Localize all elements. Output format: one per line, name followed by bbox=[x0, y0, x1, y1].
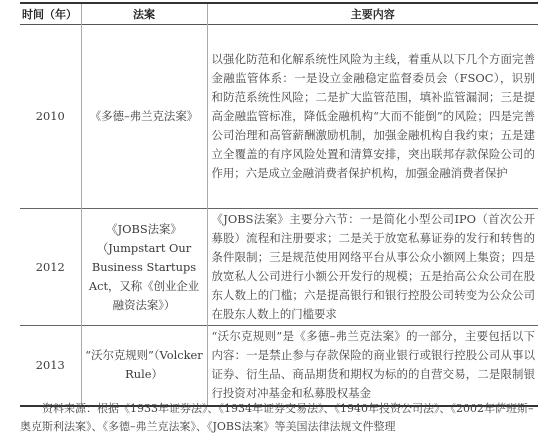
table-row: 2013 “沃尔克规则”（Volcker Rule） “沃尔克规则”是《多德–弗… bbox=[20, 326, 538, 406]
cell-act: 《JOBS法案》（Jumpstart Our Business Startups… bbox=[81, 209, 207, 326]
table-row: 2012 《JOBS法案》（Jumpstart Our Business Sta… bbox=[20, 209, 538, 326]
table-row: 2010 《多德–弗兰克法案》 以强化防范和化解系统性风险为主线，着重从以下几个… bbox=[20, 25, 538, 209]
us-financial-law-table: 时间（年） 法案 主要内容 2010 《多德–弗兰克法案》 以强化防范和化解系统… bbox=[20, 2, 538, 407]
cell-content: 以强化防范和化解系统性风险为主线，着重从以下几个方面完善金融监管体系：一是设立金… bbox=[207, 25, 538, 209]
header-content: 主要内容 bbox=[207, 3, 538, 25]
cell-year: 2012 bbox=[20, 209, 81, 326]
cell-year: 2010 bbox=[20, 25, 81, 209]
cell-year: 2013 bbox=[20, 326, 81, 406]
cell-content: “沃尔克规则”是《多德–弗兰克法案》的一部分，主要包括以下内容：一是禁止参与存款… bbox=[207, 326, 538, 406]
source-note: 资料来源：根据《1933年证券法》、《1934年证券交易法》、《1940年投资公… bbox=[20, 400, 538, 436]
cell-act: 《多德–弗兰克法案》 bbox=[81, 25, 207, 209]
header-year: 时间（年） bbox=[20, 3, 81, 25]
cell-act: “沃尔克规则”（Volcker Rule） bbox=[81, 326, 207, 406]
table-header-row: 时间（年） 法案 主要内容 bbox=[20, 3, 538, 25]
header-act: 法案 bbox=[81, 3, 207, 25]
cell-content: 《JOBS法案》主要分六节：一是简化小型公司IPO（首次公开募股）流程和注册要求… bbox=[207, 209, 538, 326]
